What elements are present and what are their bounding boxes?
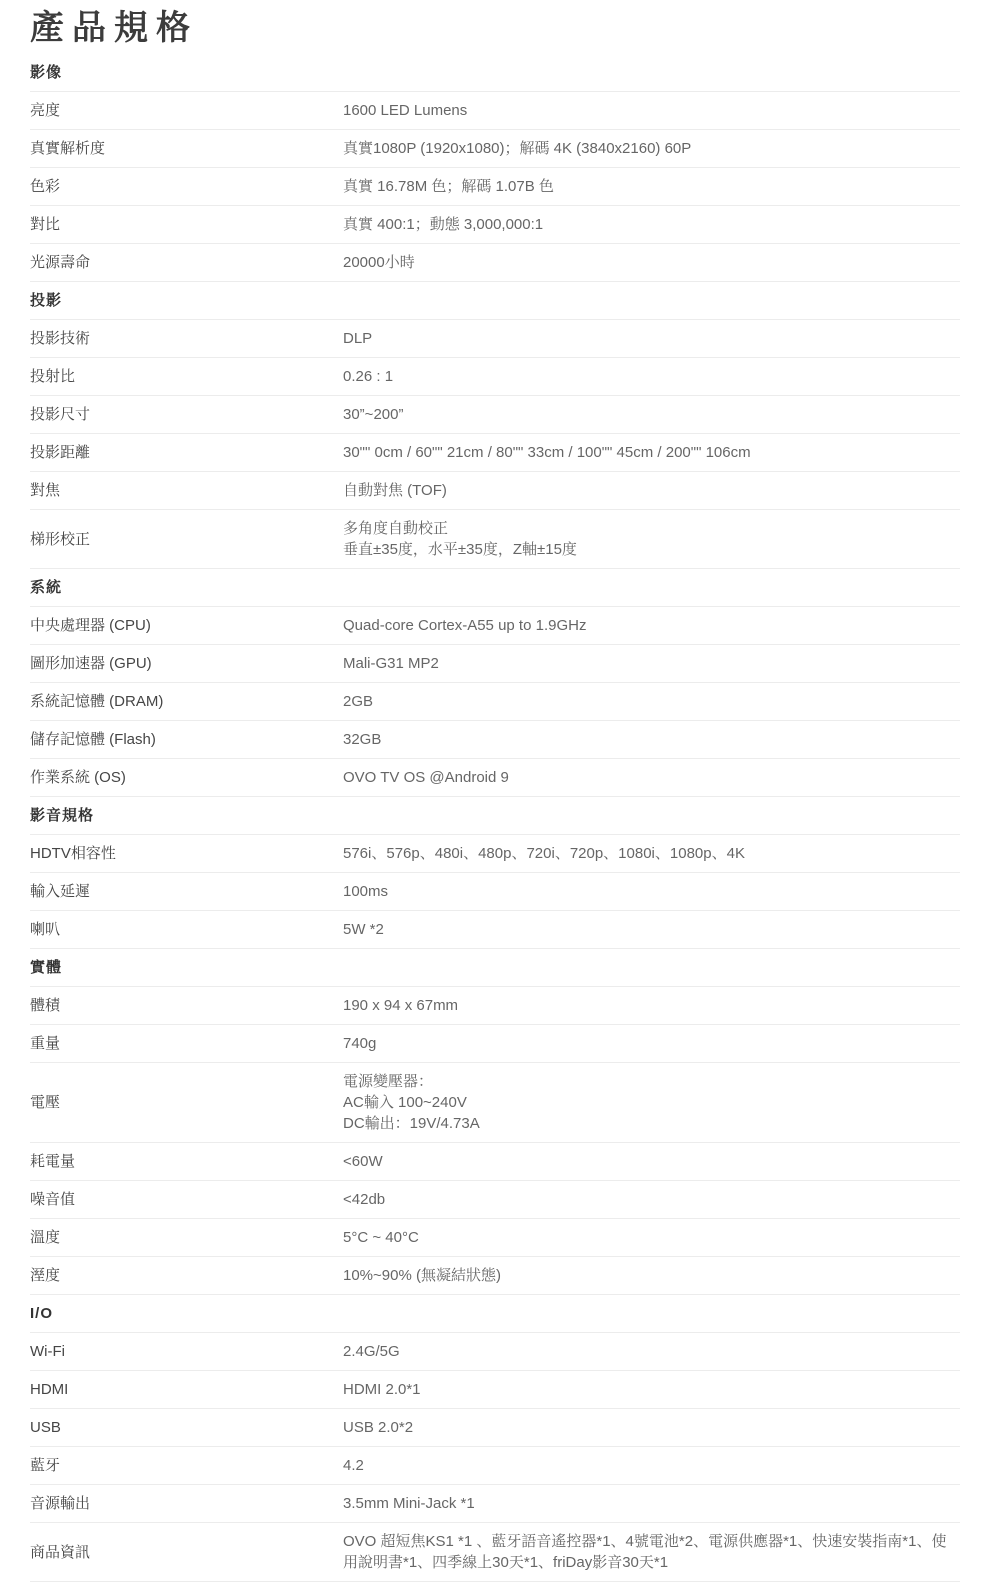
spec-value-line: 0.26 : 1 (343, 366, 960, 387)
spec-label: 輸入延遲 (30, 881, 343, 902)
spec-value-line: 自動對焦 (TOF) (343, 480, 960, 501)
spec-label: 梯形校正 (30, 529, 343, 550)
spec-label: 音源輸出 (30, 1493, 343, 1514)
spec-value-line: 3.5mm Mini-Jack *1 (343, 1493, 960, 1514)
spec-value: OVO 超短焦KS1 *1 、藍牙語音遙控器*1、4號電池*2、電源供應器*1、… (343, 1531, 960, 1573)
spec-value-line: 真實 400:1；動態 3,000,000:1 (343, 214, 960, 235)
spec-value-line: 2.4G/5G (343, 1341, 960, 1362)
spec-value-line: DC輸出：19V/4.73A (343, 1113, 960, 1134)
spec-row: 作業系統 (OS)OVO TV OS @Android 9 (30, 759, 960, 797)
spec-value-line: 真實1080P (1920x1080)；解碼 4K (3840x2160) 60… (343, 138, 960, 159)
spec-section-title: 影音規格 (30, 805, 960, 826)
spec-label: 對比 (30, 214, 343, 235)
spec-value-line: 1600 LED Lumens (343, 100, 960, 121)
spec-value-line: 32GB (343, 729, 960, 750)
spec-value: USB 2.0*2 (343, 1417, 960, 1438)
spec-value: 真實1080P (1920x1080)；解碼 4K (3840x2160) 60… (343, 138, 960, 159)
spec-row: 中央處理器 (CPU)Quad-core Cortex-A55 up to 1.… (30, 607, 960, 645)
spec-value: <42db (343, 1189, 960, 1210)
spec-label: HDMI (30, 1379, 343, 1400)
spec-row: 投影尺寸30”~200” (30, 396, 960, 434)
spec-row: 噪音值<42db (30, 1181, 960, 1219)
spec-value: 0.26 : 1 (343, 366, 960, 387)
spec-row: 輸入延遲100ms (30, 873, 960, 911)
spec-row: 商品資訊OVO 超短焦KS1 *1 、藍牙語音遙控器*1、4號電池*2、電源供應… (30, 1523, 960, 1582)
spec-table: 影像亮度1600 LED Lumens真實解析度真實1080P (1920x10… (30, 54, 960, 1582)
spec-label: 投影尺寸 (30, 404, 343, 425)
spec-section-title: 投影 (30, 290, 960, 311)
spec-value: 740g (343, 1033, 960, 1054)
spec-row: 重量740g (30, 1025, 960, 1063)
spec-value-line: 電源變壓器： (343, 1071, 960, 1092)
spec-row: 溫度5°C ~ 40°C (30, 1219, 960, 1257)
spec-label: 體積 (30, 995, 343, 1016)
spec-value-line: 5°C ~ 40°C (343, 1227, 960, 1248)
spec-label: Wi-Fi (30, 1341, 343, 1362)
spec-value-line: 740g (343, 1033, 960, 1054)
spec-value-line: <42db (343, 1189, 960, 1210)
spec-value: 真實 16.78M 色；解碼 1.07B 色 (343, 176, 960, 197)
spec-label: 色彩 (30, 176, 343, 197)
product-spec-page: 產品規格 影像亮度1600 LED Lumens真實解析度真實1080P (19… (0, 0, 990, 1582)
spec-value: 自動對焦 (TOF) (343, 480, 960, 501)
spec-section-header: 影音規格 (30, 797, 960, 835)
spec-row: 色彩真實 16.78M 色；解碼 1.07B 色 (30, 168, 960, 206)
spec-row: 系統記憶體 (DRAM)2GB (30, 683, 960, 721)
spec-value: 30”~200” (343, 404, 960, 425)
spec-value: 20000小時 (343, 252, 960, 273)
spec-label: 圖形加速器 (GPU) (30, 653, 343, 674)
page-title: 產品規格 (30, 6, 960, 50)
spec-value-line: 100ms (343, 881, 960, 902)
spec-value-line: Mali-G31 MP2 (343, 653, 960, 674)
spec-value-line: 真實 16.78M 色；解碼 1.07B 色 (343, 176, 960, 197)
spec-value-line: 30"" 0cm / 60"" 21cm / 80"" 33cm / 100""… (343, 442, 960, 463)
spec-row: USBUSB 2.0*2 (30, 1409, 960, 1447)
spec-value: 30"" 0cm / 60"" 21cm / 80"" 33cm / 100""… (343, 442, 960, 463)
spec-label: 喇叭 (30, 919, 343, 940)
spec-row: 音源輸出3.5mm Mini-Jack *1 (30, 1485, 960, 1523)
spec-row: 光源壽命20000小時 (30, 244, 960, 282)
spec-label: 溫度 (30, 1227, 343, 1248)
spec-label: 對焦 (30, 480, 343, 501)
spec-label: 藍牙 (30, 1455, 343, 1476)
spec-label: HDTV相容性 (30, 843, 343, 864)
spec-value-line: 10%~90% (無凝結狀態) (343, 1265, 960, 1286)
spec-value: 2.4G/5G (343, 1341, 960, 1362)
spec-value: 32GB (343, 729, 960, 750)
spec-row: 亮度1600 LED Lumens (30, 92, 960, 130)
spec-section-header: I/O (30, 1295, 960, 1333)
spec-label: 電壓 (30, 1092, 343, 1113)
spec-section-header: 實體 (30, 949, 960, 987)
spec-value-line: 576i、576p、480i、480p、720i、720p、1080i、1080… (343, 843, 960, 864)
spec-row: 喇叭5W *2 (30, 911, 960, 949)
spec-row: 投射比0.26 : 1 (30, 358, 960, 396)
spec-value-line: 5W *2 (343, 919, 960, 940)
spec-row: HDTV相容性576i、576p、480i、480p、720i、720p、108… (30, 835, 960, 873)
spec-value-line: AC輸入 100~240V (343, 1092, 960, 1113)
spec-row: 藍牙4.2 (30, 1447, 960, 1485)
spec-value-line: 20000小時 (343, 252, 960, 273)
spec-value-line: OVO TV OS @Android 9 (343, 767, 960, 788)
spec-row: 溼度10%~90% (無凝結狀態) (30, 1257, 960, 1295)
spec-value-line: <60W (343, 1151, 960, 1172)
spec-value: 真實 400:1；動態 3,000,000:1 (343, 214, 960, 235)
spec-label: 商品資訊 (30, 1542, 343, 1563)
spec-value-line: USB 2.0*2 (343, 1417, 960, 1438)
spec-row: 梯形校正多角度自動校正垂直±35度，水平±35度，Z軸±15度 (30, 510, 960, 569)
spec-label: USB (30, 1417, 343, 1438)
spec-value: 100ms (343, 881, 960, 902)
spec-value-line: 多角度自動校正 (343, 518, 960, 539)
spec-row: 儲存記憶體 (Flash)32GB (30, 721, 960, 759)
spec-row: 對比真實 400:1；動態 3,000,000:1 (30, 206, 960, 244)
spec-label: 投影距離 (30, 442, 343, 463)
spec-value-line: Quad-core Cortex-A55 up to 1.9GHz (343, 615, 960, 636)
spec-value-line: 190 x 94 x 67mm (343, 995, 960, 1016)
spec-value: HDMI 2.0*1 (343, 1379, 960, 1400)
spec-value-line: 2GB (343, 691, 960, 712)
spec-label: 儲存記憶體 (Flash) (30, 729, 343, 750)
spec-label: 中央處理器 (CPU) (30, 615, 343, 636)
spec-row: 耗電量<60W (30, 1143, 960, 1181)
spec-label: 溼度 (30, 1265, 343, 1286)
spec-value-line: 垂直±35度，水平±35度，Z軸±15度 (343, 539, 960, 560)
spec-label: 真實解析度 (30, 138, 343, 159)
spec-row: 電壓電源變壓器：AC輸入 100~240VDC輸出：19V/4.73A (30, 1063, 960, 1143)
spec-label: 耗電量 (30, 1151, 343, 1172)
spec-row: 投影距離30"" 0cm / 60"" 21cm / 80"" 33cm / 1… (30, 434, 960, 472)
spec-value: <60W (343, 1151, 960, 1172)
spec-value: 5°C ~ 40°C (343, 1227, 960, 1248)
spec-value: 4.2 (343, 1455, 960, 1476)
spec-label: 作業系統 (OS) (30, 767, 343, 788)
spec-value: OVO TV OS @Android 9 (343, 767, 960, 788)
spec-label: 投射比 (30, 366, 343, 387)
spec-section-title: 系統 (30, 577, 960, 598)
spec-row: 投影技術DLP (30, 320, 960, 358)
spec-value: 1600 LED Lumens (343, 100, 960, 121)
spec-value-line: 4.2 (343, 1455, 960, 1476)
spec-row: 圖形加速器 (GPU)Mali-G31 MP2 (30, 645, 960, 683)
spec-value-line: DLP (343, 328, 960, 349)
spec-value: 190 x 94 x 67mm (343, 995, 960, 1016)
spec-value: 3.5mm Mini-Jack *1 (343, 1493, 960, 1514)
spec-section-title: I/O (30, 1303, 960, 1324)
spec-row: HDMIHDMI 2.0*1 (30, 1371, 960, 1409)
spec-row: 體積190 x 94 x 67mm (30, 987, 960, 1025)
spec-value: DLP (343, 328, 960, 349)
spec-label: 系統記憶體 (DRAM) (30, 691, 343, 712)
spec-section-title: 影像 (30, 62, 960, 83)
spec-label: 噪音值 (30, 1189, 343, 1210)
spec-row: 真實解析度真實1080P (1920x1080)；解碼 4K (3840x216… (30, 130, 960, 168)
spec-label: 光源壽命 (30, 252, 343, 273)
spec-value: 多角度自動校正垂直±35度，水平±35度，Z軸±15度 (343, 518, 960, 560)
spec-value: 5W *2 (343, 919, 960, 940)
spec-value-line: OVO 超短焦KS1 *1 、藍牙語音遙控器*1、4號電池*2、電源供應器*1、… (343, 1531, 960, 1573)
spec-section-header: 系統 (30, 569, 960, 607)
spec-row: Wi-Fi2.4G/5G (30, 1333, 960, 1371)
spec-section-header: 投影 (30, 282, 960, 320)
spec-label: 投影技術 (30, 328, 343, 349)
spec-value: 2GB (343, 691, 960, 712)
spec-label: 重量 (30, 1033, 343, 1054)
spec-value: 576i、576p、480i、480p、720i、720p、1080i、1080… (343, 843, 960, 864)
spec-section-header: 影像 (30, 54, 960, 92)
spec-value: 10%~90% (無凝結狀態) (343, 1265, 960, 1286)
spec-value: Mali-G31 MP2 (343, 653, 960, 674)
spec-value: Quad-core Cortex-A55 up to 1.9GHz (343, 615, 960, 636)
spec-value-line: HDMI 2.0*1 (343, 1379, 960, 1400)
spec-label: 亮度 (30, 100, 343, 121)
spec-row: 對焦自動對焦 (TOF) (30, 472, 960, 510)
spec-value-line: 30”~200” (343, 404, 960, 425)
spec-section-title: 實體 (30, 957, 960, 978)
spec-value: 電源變壓器：AC輸入 100~240VDC輸出：19V/4.73A (343, 1071, 960, 1134)
